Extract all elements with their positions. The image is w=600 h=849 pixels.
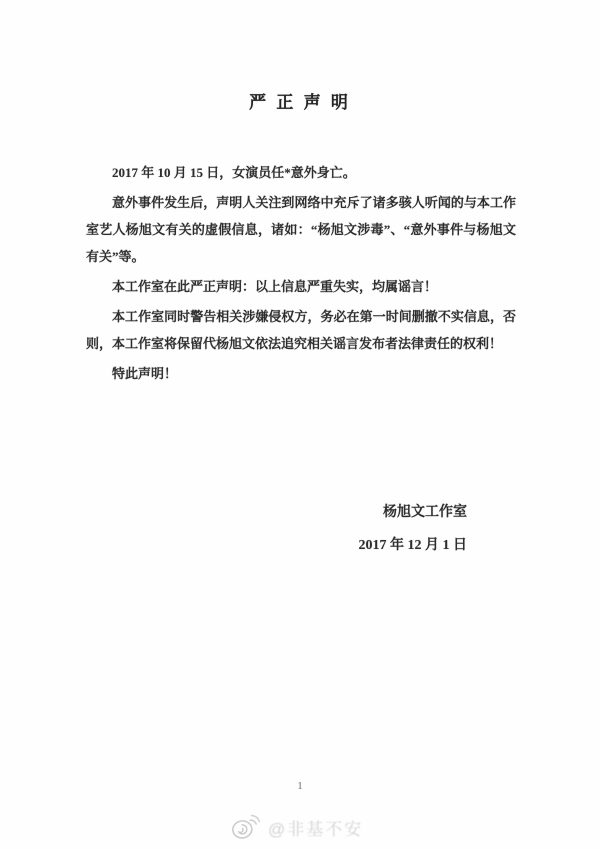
document-body: 2017 年 10 月 15 日，女演员任*意外身亡。 意外事件发生后，声明人关… [86,159,516,387]
statement-paragraph-rumor-description: 意外事件发生后，声明人关注到网络中充斥了诸多骇人听闻的与本工作室艺人杨旭文有关的… [86,189,516,270]
signature-date: 2017 年 12 月 1 日 [0,538,467,553]
statement-paragraph-warning: 本工作室同时警告相关涉嫌侵权方，务必在第一时间删撤不实信息，否则，本工作室将保留… [86,303,516,357]
signature-studio-name: 杨旭文工作室 [0,505,467,520]
page-number: 1 [0,780,600,792]
statement-paragraph-declaration: 本工作室在此严正声明：以上信息严重失实，均属谣言！ [86,273,516,300]
statement-paragraph-date-of-incident: 2017 年 10 月 15 日，女演员任*意外身亡。 [86,159,516,186]
signature-block: 杨旭文工作室 2017 年 12 月 1 日 [0,505,467,553]
document-page: 严 正 声 明 2017 年 10 月 15 日，女演员任*意外身亡。 意外事件… [0,0,600,849]
weibo-logo-icon [227,811,263,843]
document-title: 严 正 声 明 [0,0,600,113]
watermark-handle: @非基不安 [268,815,363,840]
weibo-watermark: @非基不安 [229,813,363,841]
statement-paragraph-closing: 特此声明！ [86,360,516,387]
